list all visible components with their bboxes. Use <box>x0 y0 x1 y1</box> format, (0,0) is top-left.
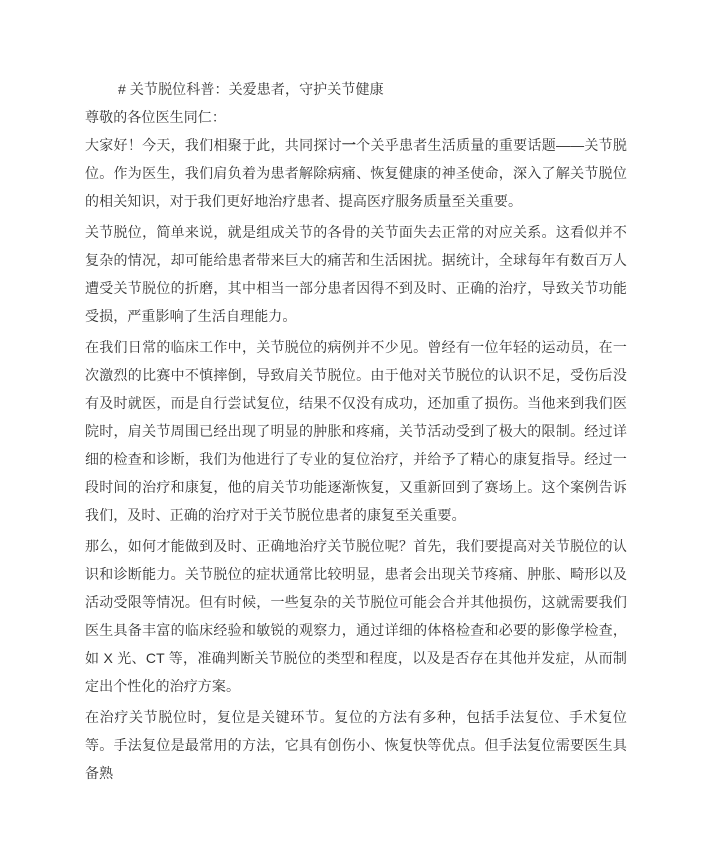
text-run: 那么，如何才能做到及时、正确地治疗关节脱位呢？首先，我们要提高对关节脱位的认识和… <box>85 538 627 694</box>
paragraph: 关节脱位，简单来说，就是组成关节的各骨的关节面失去正常的对应关系。这看似并不复杂… <box>85 218 627 330</box>
text-run: 在我们日常的临床工作中，关节脱位的病例并不少见。曾经有一位年轻的运动员，在一次激… <box>85 339 627 523</box>
text-run: 在治疗关节脱位时，复位是关键环节。复位的方法有多种，包括手法复位、手术复位等。手… <box>85 709 627 781</box>
document-page: # 关节脱位科普：关爱患者，守护关节健康 尊敬的各位医生同仁： 大家好！今天，我… <box>0 0 708 841</box>
paragraph: 大家好！今天，我们相聚于此，共同探讨一个关乎患者生活质量的重要话题——关节脱位。… <box>85 131 627 215</box>
bold-text-run: 一 <box>342 137 356 153</box>
text-run: 关节脱位，简单来说，就是组成关节的各骨的关节面失去正常的对应关系。这看似并不复杂… <box>85 224 627 324</box>
paragraph: 那么，如何才能做到及时、正确地治疗关节脱位呢？首先，我们要提高对关节脱位的认识和… <box>85 532 627 700</box>
document-body: # 关节脱位科普：关爱患者，守护关节健康 尊敬的各位医生同仁： 大家好！今天，我… <box>0 0 627 787</box>
salutation-line: 尊敬的各位医生同仁： <box>85 103 627 131</box>
text-run: 大家好！今天，我们相聚于此，共同探讨 <box>85 137 342 153</box>
paragraph: 在我们日常的临床工作中，关节脱位的病例并不少见。曾经有一位年轻的运动员，在一次激… <box>85 333 627 529</box>
document-title: # 关节脱位科普：关爱患者，守护关节健康 <box>85 75 627 103</box>
paragraphs-container: 大家好！今天，我们相聚于此，共同探讨一个关乎患者生活质量的重要话题——关节脱位。… <box>85 131 627 787</box>
paragraph: 在治疗关节脱位时，复位是关键环节。复位的方法有多种，包括手法复位、手术复位等。手… <box>85 703 627 787</box>
